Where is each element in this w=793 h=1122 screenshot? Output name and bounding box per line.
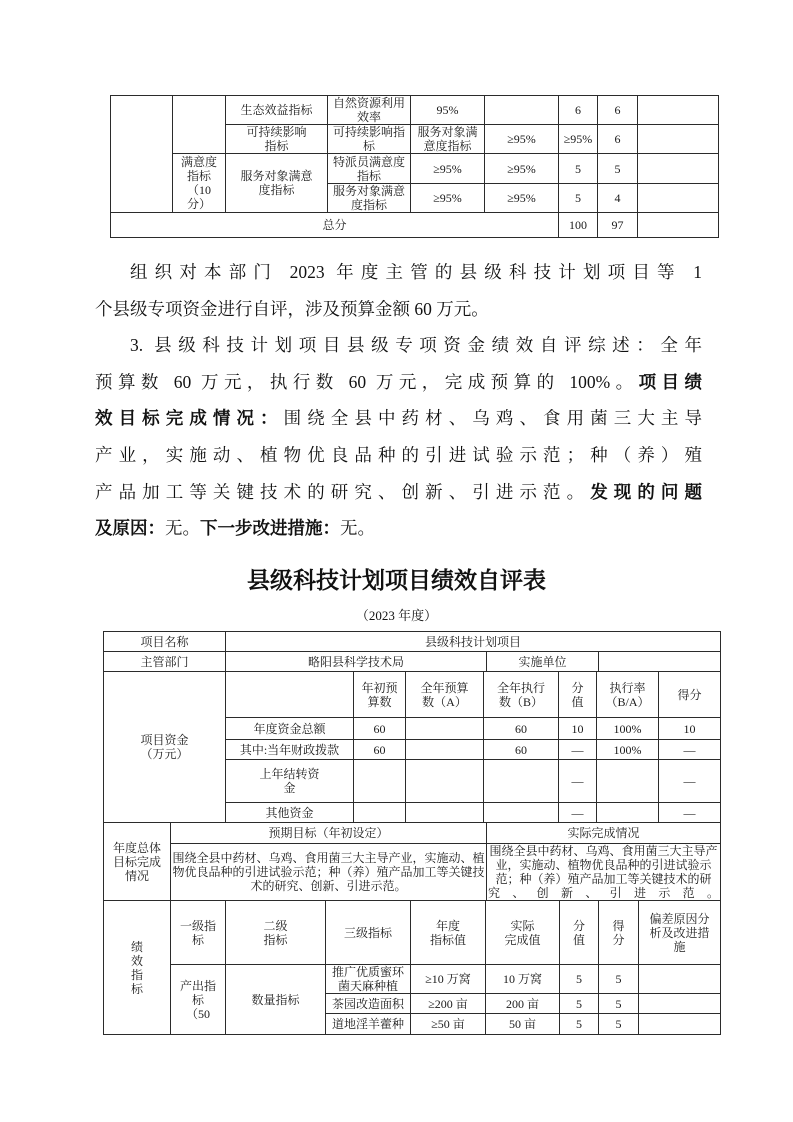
bold-text-run: 及原因： xyxy=(95,518,165,538)
text-run: 无。 xyxy=(340,518,375,538)
text-run: 预算数 60 万元，执行数 60 万元，完成预算的 100%。 xyxy=(95,372,639,392)
total-earned-score: 97 xyxy=(598,213,638,238)
expected-goal-text: 围绕全县中药材、乌鸡、食用菌三大主导产业，实施动、植物优良品种的引进试验示范；种… xyxy=(171,844,487,901)
col-score-earned: 得 分 xyxy=(599,901,639,965)
score-weight: — xyxy=(559,760,597,803)
deviation-note xyxy=(638,125,719,154)
body-text-line: 产品加工等关键技术的研究、创新、引进示范。发现的问题 xyxy=(95,474,702,511)
annual-target-value: ≥10 万窝 xyxy=(411,965,486,994)
score-earned: 5 xyxy=(599,994,639,1014)
annual-budget-a xyxy=(406,760,484,803)
tertiary-indicator: 特派员满意度 指标 xyxy=(328,154,411,184)
score-earned: 5 xyxy=(599,965,639,994)
score-weight: 6 xyxy=(559,96,598,125)
text-run: 个县级专项资金进行自评，涉及预算金额 60 万元。 xyxy=(95,299,489,319)
annual-target-value: 95% xyxy=(411,96,485,125)
table-row: 围绕全县中药材、乌鸡、食用菌三大主导产业，实施动、植物优良品种的引进试验示范；种… xyxy=(104,844,721,901)
row-total-annual-funds: 年度资金总额 xyxy=(226,718,354,740)
actual-value xyxy=(485,96,559,125)
score-earned: 6 xyxy=(598,96,638,125)
body-text: 组织对本部门 2023 年度主管的县级科技计划项目等 1个县级专项资金进行自评，… xyxy=(95,254,702,547)
actual-value: 50 亩 xyxy=(486,1014,560,1035)
primary-indicator: 满意度 指标 （10 分） xyxy=(173,154,226,213)
col-score-weight: 分 值 xyxy=(560,901,599,965)
bold-text-run: 发现的问题 xyxy=(590,482,702,502)
table-row: 年度总体 目标完成 情况预期目标（年初设定）实际完成情况 xyxy=(104,823,721,844)
page-subtitle: （2023 年度） xyxy=(0,608,793,624)
score-weight: — xyxy=(559,803,597,823)
score-weight: 5 xyxy=(560,994,599,1014)
table-row: 主管部门略阳县科学技术局实施单位 xyxy=(104,652,721,672)
table-row: 总分10097 xyxy=(111,213,719,238)
actual-value: 200 亩 xyxy=(486,994,560,1014)
score-weight: 5 xyxy=(560,1014,599,1035)
score-earned: — xyxy=(659,760,721,803)
annual-target-value: ≥95% xyxy=(411,184,485,213)
col-secondary-indicator: 二级 指标 xyxy=(226,901,326,965)
tertiary-indicator: 自然资源利用 效率 xyxy=(328,96,411,125)
page-title: 县级科技计划项目绩效自评表 xyxy=(0,565,793,595)
actual-value: ≥95% xyxy=(485,125,559,154)
bold-text-run: 项目绩 xyxy=(639,372,702,392)
text-run: 产业，实施动、植物优良品种的引进试验示范；种（养）殖 xyxy=(95,445,702,465)
tertiary-indicator: 推广优质蜜环 菌天麻种植 xyxy=(326,965,411,994)
tertiary-indicator: 茶园改造面积 xyxy=(326,994,411,1014)
department-label: 主管部门 xyxy=(104,652,226,672)
text-run: 围绕全县中药材、乌鸡、食用菌三大主导 xyxy=(284,408,702,428)
bold-text-run: 效目标完成情况： xyxy=(95,408,284,428)
annual-budget-a xyxy=(406,718,484,740)
annual-target-value: ≥95% xyxy=(411,154,485,184)
annual-target-value: 服务对象满 意度指标 xyxy=(411,125,485,154)
annual-executed-b xyxy=(484,803,559,823)
tertiary-indicator: 可持续影响指 标 xyxy=(328,125,411,154)
actual-completion-text: 围绕全县中药材、乌鸡、食用菌三大主导产业，实施动、植物优良品种的引进试验示范；种… xyxy=(487,844,721,901)
annual-executed-b: 60 xyxy=(484,740,559,760)
deviation-note xyxy=(639,965,721,994)
expected-goal-header: 预期目标（年初设定） xyxy=(171,823,487,844)
body-text-line: 3. 县级科技计划项目县级专项资金绩效自评综述：全年 xyxy=(95,327,702,364)
col-tertiary-indicator: 三级指标 xyxy=(326,901,411,965)
score-earned: 5 xyxy=(598,154,638,184)
document-page: 生态效益指标自然资源利用 效率95%66可持续影响 指标可持续影响指 标服务对象… xyxy=(0,0,793,1122)
implementing-unit-label: 实施单位 xyxy=(487,652,599,672)
secondary-indicator: 生态效益指标 xyxy=(226,96,328,125)
body-text-line: 预算数 60 万元，执行数 60 万元，完成预算的 100%。项目绩 xyxy=(95,364,702,401)
initial-budget xyxy=(354,760,406,803)
score-earned: 10 xyxy=(659,718,721,740)
deviation-note xyxy=(638,96,719,125)
score-earned: — xyxy=(659,803,721,823)
actual-completion-header: 实际完成情况 xyxy=(487,823,721,844)
score-earned: 4 xyxy=(598,184,638,213)
actual-value: 10 万窝 xyxy=(486,965,560,994)
performance-indicators-label: 绩 效 指 标 xyxy=(104,901,171,1035)
col-deviation-analysis: 偏差原因分 析及改进措 施 xyxy=(639,901,721,965)
project-funds-band: 项目资金 （万元）年初预 算数全年预算 数（A）全年执行 数（B）分 值执行率 … xyxy=(103,671,721,823)
total-possible-score: 100 xyxy=(559,213,598,238)
col-score-weight: 分 值 xyxy=(559,672,597,718)
table-row: 项目资金 （万元）年初预 算数全年预算 数（A）全年执行 数（B）分 值执行率 … xyxy=(104,672,721,718)
deviation-note xyxy=(639,1014,721,1035)
execution-rate xyxy=(597,803,659,823)
spacer-cell xyxy=(173,96,226,154)
body-text-line: 及原因：无。下一步改进措施：无。 xyxy=(95,510,702,547)
performance-table-continued: 生态效益指标自然资源利用 效率95%66可持续影响 指标可持续影响指 标服务对象… xyxy=(110,95,719,238)
row-carryover-funds: 上年结转资 金 xyxy=(226,760,354,803)
tertiary-indicator: 道地淫羊藿种 xyxy=(326,1014,411,1035)
actual-value: ≥95% xyxy=(485,154,559,184)
col-primary-indicator: 一级指 标 xyxy=(171,901,226,965)
body-text-line: 组织对本部门 2023 年度主管的县级科技计划项目等 1 xyxy=(95,254,702,291)
score-earned: 5 xyxy=(599,1014,639,1035)
annual-target-value: ≥50 亩 xyxy=(411,1014,486,1035)
spacer-cell xyxy=(111,96,173,213)
col-score-earned: 得分 xyxy=(659,672,721,718)
project-name-value: 县级科技计划项目 xyxy=(226,632,721,652)
text-run: 无。 xyxy=(165,518,200,538)
text-run: 3. 县级科技计划项目县级专项资金绩效自评综述：全年 xyxy=(130,335,702,355)
text-run: 产品加工等关键技术的研究、创新、引进示范。 xyxy=(95,482,590,502)
deviation-note xyxy=(638,213,719,238)
initial-budget xyxy=(354,803,406,823)
score-weight: ≥95% xyxy=(559,125,598,154)
project-name-label: 项目名称 xyxy=(104,632,226,652)
table-row: 项目名称县级科技计划项目 xyxy=(104,632,721,652)
secondary-indicator: 可持续影响 指标 xyxy=(226,125,328,154)
table-row: 满意度 指标 （10 分）服务对象满意 度指标特派员满意度 指标≥95%≥95%… xyxy=(111,154,719,184)
table-row: 产出指 标 （50数量指标推广优质蜜环 菌天麻种植≥10 万窝10 万窝55 xyxy=(104,965,721,994)
body-text-line: 个县级专项资金进行自评，涉及预算金额 60 万元。 xyxy=(95,291,702,328)
secondary-indicator-quantity: 数量指标 xyxy=(226,965,326,1035)
col-annual-budget-a: 全年预算 数（A） xyxy=(406,672,484,718)
score-weight: 10 xyxy=(559,718,597,740)
score-earned: — xyxy=(659,740,721,760)
primary-indicator-output: 产出指 标 （50 xyxy=(171,965,226,1035)
col-initial-budget: 年初预 算数 xyxy=(354,672,406,718)
deviation-note xyxy=(638,184,719,213)
table-row: 生态效益指标自然资源利用 效率95%66 xyxy=(111,96,719,125)
deviation-note xyxy=(639,994,721,1014)
actual-value: ≥95% xyxy=(485,184,559,213)
spacer-cell xyxy=(226,672,354,718)
execution-rate: 100% xyxy=(597,740,659,760)
score-weight: 5 xyxy=(559,184,598,213)
table-row: 绩 效 指 标一级指 标二级 指标三级指标年度 指标值实际 完成值分 值得 分偏… xyxy=(104,901,721,965)
deviation-note xyxy=(638,154,719,184)
initial-budget: 60 xyxy=(354,718,406,740)
annual-budget-a xyxy=(406,740,484,760)
annual-goals-band: 年度总体 目标完成 情况预期目标（年初设定）实际完成情况围绕全县中药材、乌鸡、食… xyxy=(103,822,721,901)
execution-rate: 100% xyxy=(597,718,659,740)
initial-budget: 60 xyxy=(354,740,406,760)
row-other-funds: 其他资金 xyxy=(226,803,354,823)
secondary-indicator: 服务对象满意 度指标 xyxy=(226,154,328,213)
score-weight: 5 xyxy=(560,965,599,994)
annual-goal-label: 年度总体 目标完成 情况 xyxy=(104,823,171,901)
project-info-band: 项目名称县级科技计划项目主管部门略阳县科学技术局实施单位 xyxy=(103,631,721,672)
body-text-line: 效目标完成情况：围绕全县中药材、乌鸡、食用菌三大主导 xyxy=(95,400,702,437)
col-annual-executed-b: 全年执行 数（B） xyxy=(484,672,559,718)
execution-rate xyxy=(597,760,659,803)
self-eval-table: 项目名称县级科技计划项目主管部门略阳县科学技术局实施单位 项目资金 （万元）年初… xyxy=(103,631,721,1035)
annual-executed-b: 60 xyxy=(484,718,559,740)
score-earned: 6 xyxy=(598,125,638,154)
annual-budget-a xyxy=(406,803,484,823)
col-annual-target: 年度 指标值 xyxy=(411,901,486,965)
body-text-line: 产业，实施动、植物优良品种的引进试验示范；种（养）殖 xyxy=(95,437,702,474)
project-funds-label: 项目资金 （万元） xyxy=(104,672,226,823)
implementing-unit-value xyxy=(599,652,721,672)
annual-target-value: ≥200 亩 xyxy=(411,994,486,1014)
col-actual-value: 实际 完成值 xyxy=(486,901,560,965)
department-value: 略阳县科学技术局 xyxy=(226,652,487,672)
tertiary-indicator: 服务对象满意 度指标 xyxy=(328,184,411,213)
text-run: 组织对本部门 2023 年度主管的县级科技计划项目等 1 xyxy=(130,262,702,282)
bold-text-run: 下一步改进措施： xyxy=(200,518,340,538)
annual-executed-b xyxy=(484,760,559,803)
total-score-label: 总分 xyxy=(111,213,559,238)
score-weight: 5 xyxy=(559,154,598,184)
col-execution-rate: 执行率 （B/A） xyxy=(597,672,659,718)
score-weight: — xyxy=(559,740,597,760)
row-fiscal-allocation: 其中:当年财政拨款 xyxy=(226,740,354,760)
performance-indicators-band: 绩 效 指 标一级指 标二级 指标三级指标年度 指标值实际 完成值分 值得 分偏… xyxy=(103,900,721,1035)
